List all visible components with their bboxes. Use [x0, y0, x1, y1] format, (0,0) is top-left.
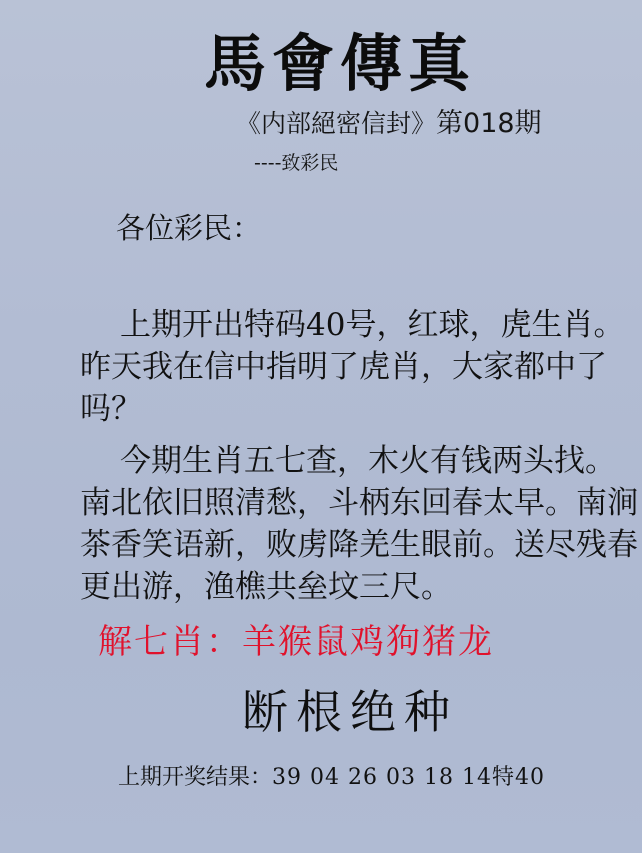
paragraph-1-line: 吗？ — [80, 388, 620, 430]
paragraph-2-line: 今期生肖五七查，木火有钱两头找。 — [80, 440, 620, 482]
paragraph-2-line: 茶香笑语新，败虏降羌生眼前。送尽残春 — [80, 524, 620, 566]
last-draw-numbers: 39 04 26 03 18 14特40 — [272, 765, 545, 790]
paragraph-2: 今期生肖五七查，木火有钱两头找。 南北依旧照清愁，斗柄东回春太早。南涧 茶香笑语… — [80, 440, 620, 608]
paragraph-2-line: 更出游，渔樵共垒坟三尺。 — [80, 566, 620, 608]
salutation: 各位彩民： — [116, 206, 261, 250]
subtitle-text: 《内部絕密信封》 — [236, 109, 436, 138]
dedication: ----致彩民 — [254, 148, 338, 178]
last-draw-label: 上期开奖结果： — [118, 765, 272, 790]
slogan: 断根绝种 — [242, 680, 458, 744]
masthead-subtitle: 《内部絕密信封》第018期 — [236, 104, 542, 144]
issue-number: 第018期 — [436, 108, 542, 139]
paragraph-1-line: 上期开出特码40号，红球，虎生肖。 — [80, 304, 620, 346]
paragraph-2-line: 南北依旧照清愁，斗柄东回春太早。南涧 — [80, 482, 620, 524]
masthead-title: 馬會傳真 — [204, 26, 476, 102]
paragraph-1: 上期开出特码40号，红球，虎生肖。 昨天我在信中指明了虎肖，大家都中了 吗？ — [80, 304, 620, 430]
last-draw-result: 上期开奖结果：39 04 26 03 18 14特40 — [118, 760, 545, 796]
paragraph-1-line: 昨天我在信中指明了虎肖，大家都中了 — [80, 346, 620, 388]
prediction-zodiac: 解七肖：羊猴鼠鸡狗猪龙 — [98, 616, 494, 668]
